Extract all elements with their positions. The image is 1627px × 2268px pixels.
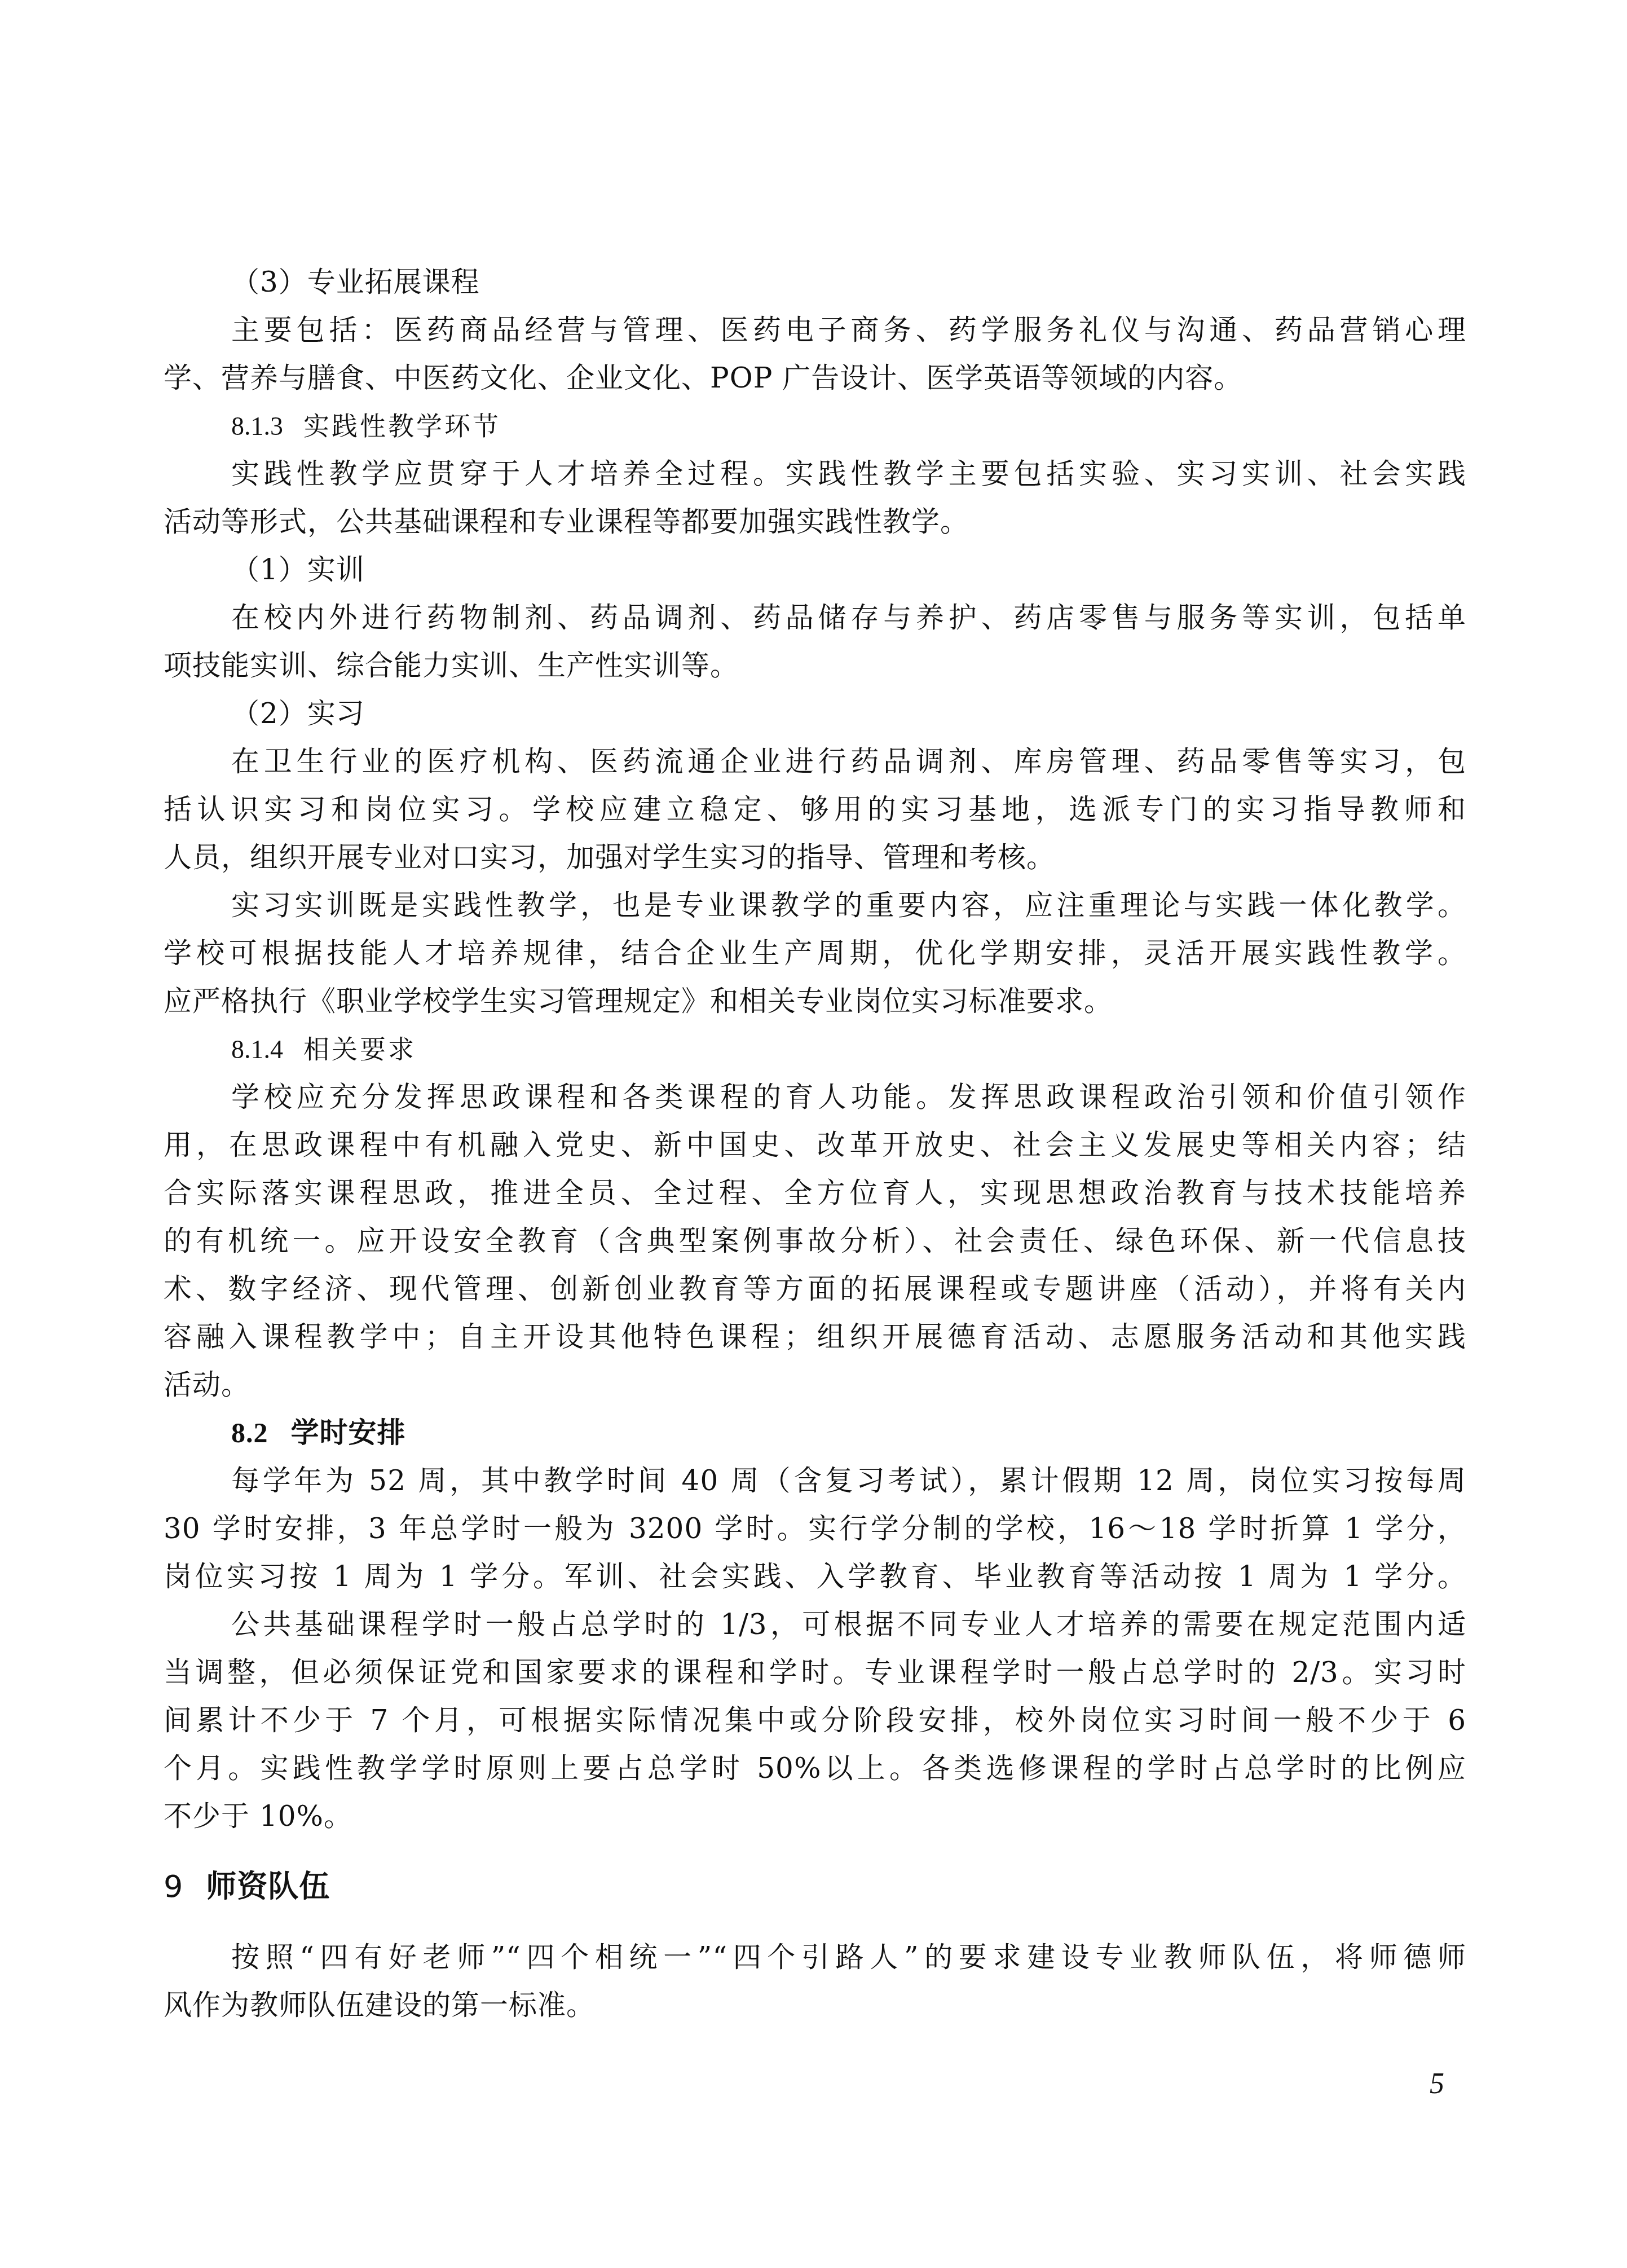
paragraph-line: 主要包括：医药商品经营与管理、医药电子商务、药学服务礼仪与沟通、药品营销心理: [231, 313, 1466, 347]
paragraph-line: 合实际落实课程思政，推进全员、全过程、全方位育人，实现思想政治教育与技术技能培养: [164, 1176, 1466, 1210]
paragraph-line: 活动。: [164, 1368, 1466, 1402]
paragraph-line: 岗位实习按 1 周为 1 学分。军训、社会实践、入学教育、毕业教育等活动按 1 …: [164, 1560, 1466, 1593]
section-heading-8-1-3: 8.1.3实践性教学环节: [231, 409, 1466, 443]
subsection-heading: （1）实训: [231, 553, 1466, 587]
paragraph-line: 风作为教师队伍建设的第一标准。: [164, 1988, 1466, 2022]
section-heading-8-1-4: 8.1.4相关要求: [231, 1032, 1466, 1067]
paragraph-line: 每学年为 52 周，其中教学时间 40 周（含复习考试），累计假期 12 周，岗…: [231, 1464, 1466, 1498]
paragraph-line: 实践性教学应贯穿于人才培养全过程。实践性教学主要包括实验、实习实训、社会实践: [231, 457, 1466, 491]
subsection-heading: （3）专业拓展课程: [231, 265, 1466, 299]
paragraph-line: 按照“四有好老师”“四个相统一”“四个引路人”的要求建设专业教师队伍，将师德师: [231, 1940, 1466, 1974]
paragraph-line: 人员，组织开展专业对口实习，加强对学生实习的指导、管理和考核。: [164, 840, 1466, 874]
paragraph-line: 公共基础课程学时一般占总学时的 1/3，可根据不同专业人才培养的需要在规定范围内…: [231, 1608, 1466, 1641]
paragraph-line: 容融入课程教学中；自主开设其他特色课程；组织开展德育活动、志愿服务活动和其他实践: [164, 1320, 1466, 1354]
paragraph-line: 在校内外进行药物制剂、药品调剂、药品储存与养护、药店零售与服务等实训，包括单: [231, 601, 1466, 635]
paragraph-line: 的有机统一。应开设安全教育（含典型案例事故分析）、社会责任、绿色环保、新一代信息…: [164, 1224, 1466, 1258]
section-number: 8.2: [231, 1417, 268, 1448]
chapter-title: 师资队伍: [206, 1869, 330, 1904]
section-number: 8.1.4: [231, 1035, 283, 1064]
section-heading-8-2: 8.2学时安排: [231, 1416, 1466, 1450]
paragraph-line: 括认识实习和岗位实习。学校应建立稳定、够用的实习基地，选派专门的实习指导教师和: [164, 792, 1466, 826]
page-number: 5: [1430, 2067, 1444, 2100]
subsection-heading: （2）实习: [231, 697, 1466, 730]
section-title: 学时安排: [291, 1416, 406, 1449]
paragraph-line: 间累计不少于 7 个月，可根据实际情况集中或分阶段安排，校外岗位实习时间一般不少…: [164, 1703, 1466, 1737]
chapter-heading-9: 9师资队伍: [164, 1870, 1466, 1904]
paragraph-line: 用，在思政课程中有机融入党史、新中国史、改革开放史、社会主义发展史等相关内容；结: [164, 1128, 1466, 1162]
paragraph-line: 当调整，但必须保证党和国家要求的课程和学时。专业课程学时一般占总学时的 2/3。…: [164, 1655, 1466, 1689]
paragraph-line: 在卫生行业的医疗机构、医药流通企业进行药品调剂、库房管理、药品零售等实习，包: [231, 745, 1466, 778]
section-title: 相关要求: [303, 1034, 416, 1064]
paragraph-line: 实习实训既是实践性教学，也是专业课教学的重要内容，应注重理论与实践一体化教学。: [231, 888, 1466, 922]
paragraph-line: 应严格执行《职业学校学生实习管理规定》和相关专业岗位实习标准要求。: [164, 984, 1466, 1018]
paragraph-line: 30 学时安排，3 年总学时一般为 3200 学时。实行学分制的学校，16～18…: [164, 1512, 1466, 1545]
paragraph-line: 项技能实训、综合能力实训、生产性实训等。: [164, 649, 1466, 682]
paragraph-line: 个月。实践性教学学时原则上要占总学时 50%以上。各类选修课程的学时占总学时的比…: [164, 1751, 1466, 1785]
chapter-number: 9: [164, 1869, 183, 1904]
paragraph-line: 不少于 10%。: [164, 1799, 1466, 1833]
paragraph-line: 学校可根据技能人才培养规律，结合企业生产周期，优化学期安排，灵活开展实践性教学。: [164, 936, 1466, 970]
paragraph-line: 学校应充分发挥思政课程和各类课程的育人功能。发挥思政课程政治引领和价值引领作: [231, 1080, 1466, 1114]
paragraph-line: 术、数字经济、现代管理、创新创业教育等方面的拓展课程或专题讲座（活动），并将有关…: [164, 1272, 1466, 1306]
document-page: （3）专业拓展课程 主要包括：医药商品经营与管理、医药电子商务、药学服务礼仪与沟…: [0, 0, 1627, 2268]
section-title: 实践性教学环节: [303, 411, 501, 441]
paragraph-line: 活动等形式，公共基础课程和专业课程等都要加强实践性教学。: [164, 505, 1466, 539]
section-number: 8.1.3: [231, 412, 283, 441]
paragraph-line: 学、营养与膳食、中医药文化、企业文化、POP 广告设计、医学英语等领域的内容。: [164, 361, 1466, 395]
